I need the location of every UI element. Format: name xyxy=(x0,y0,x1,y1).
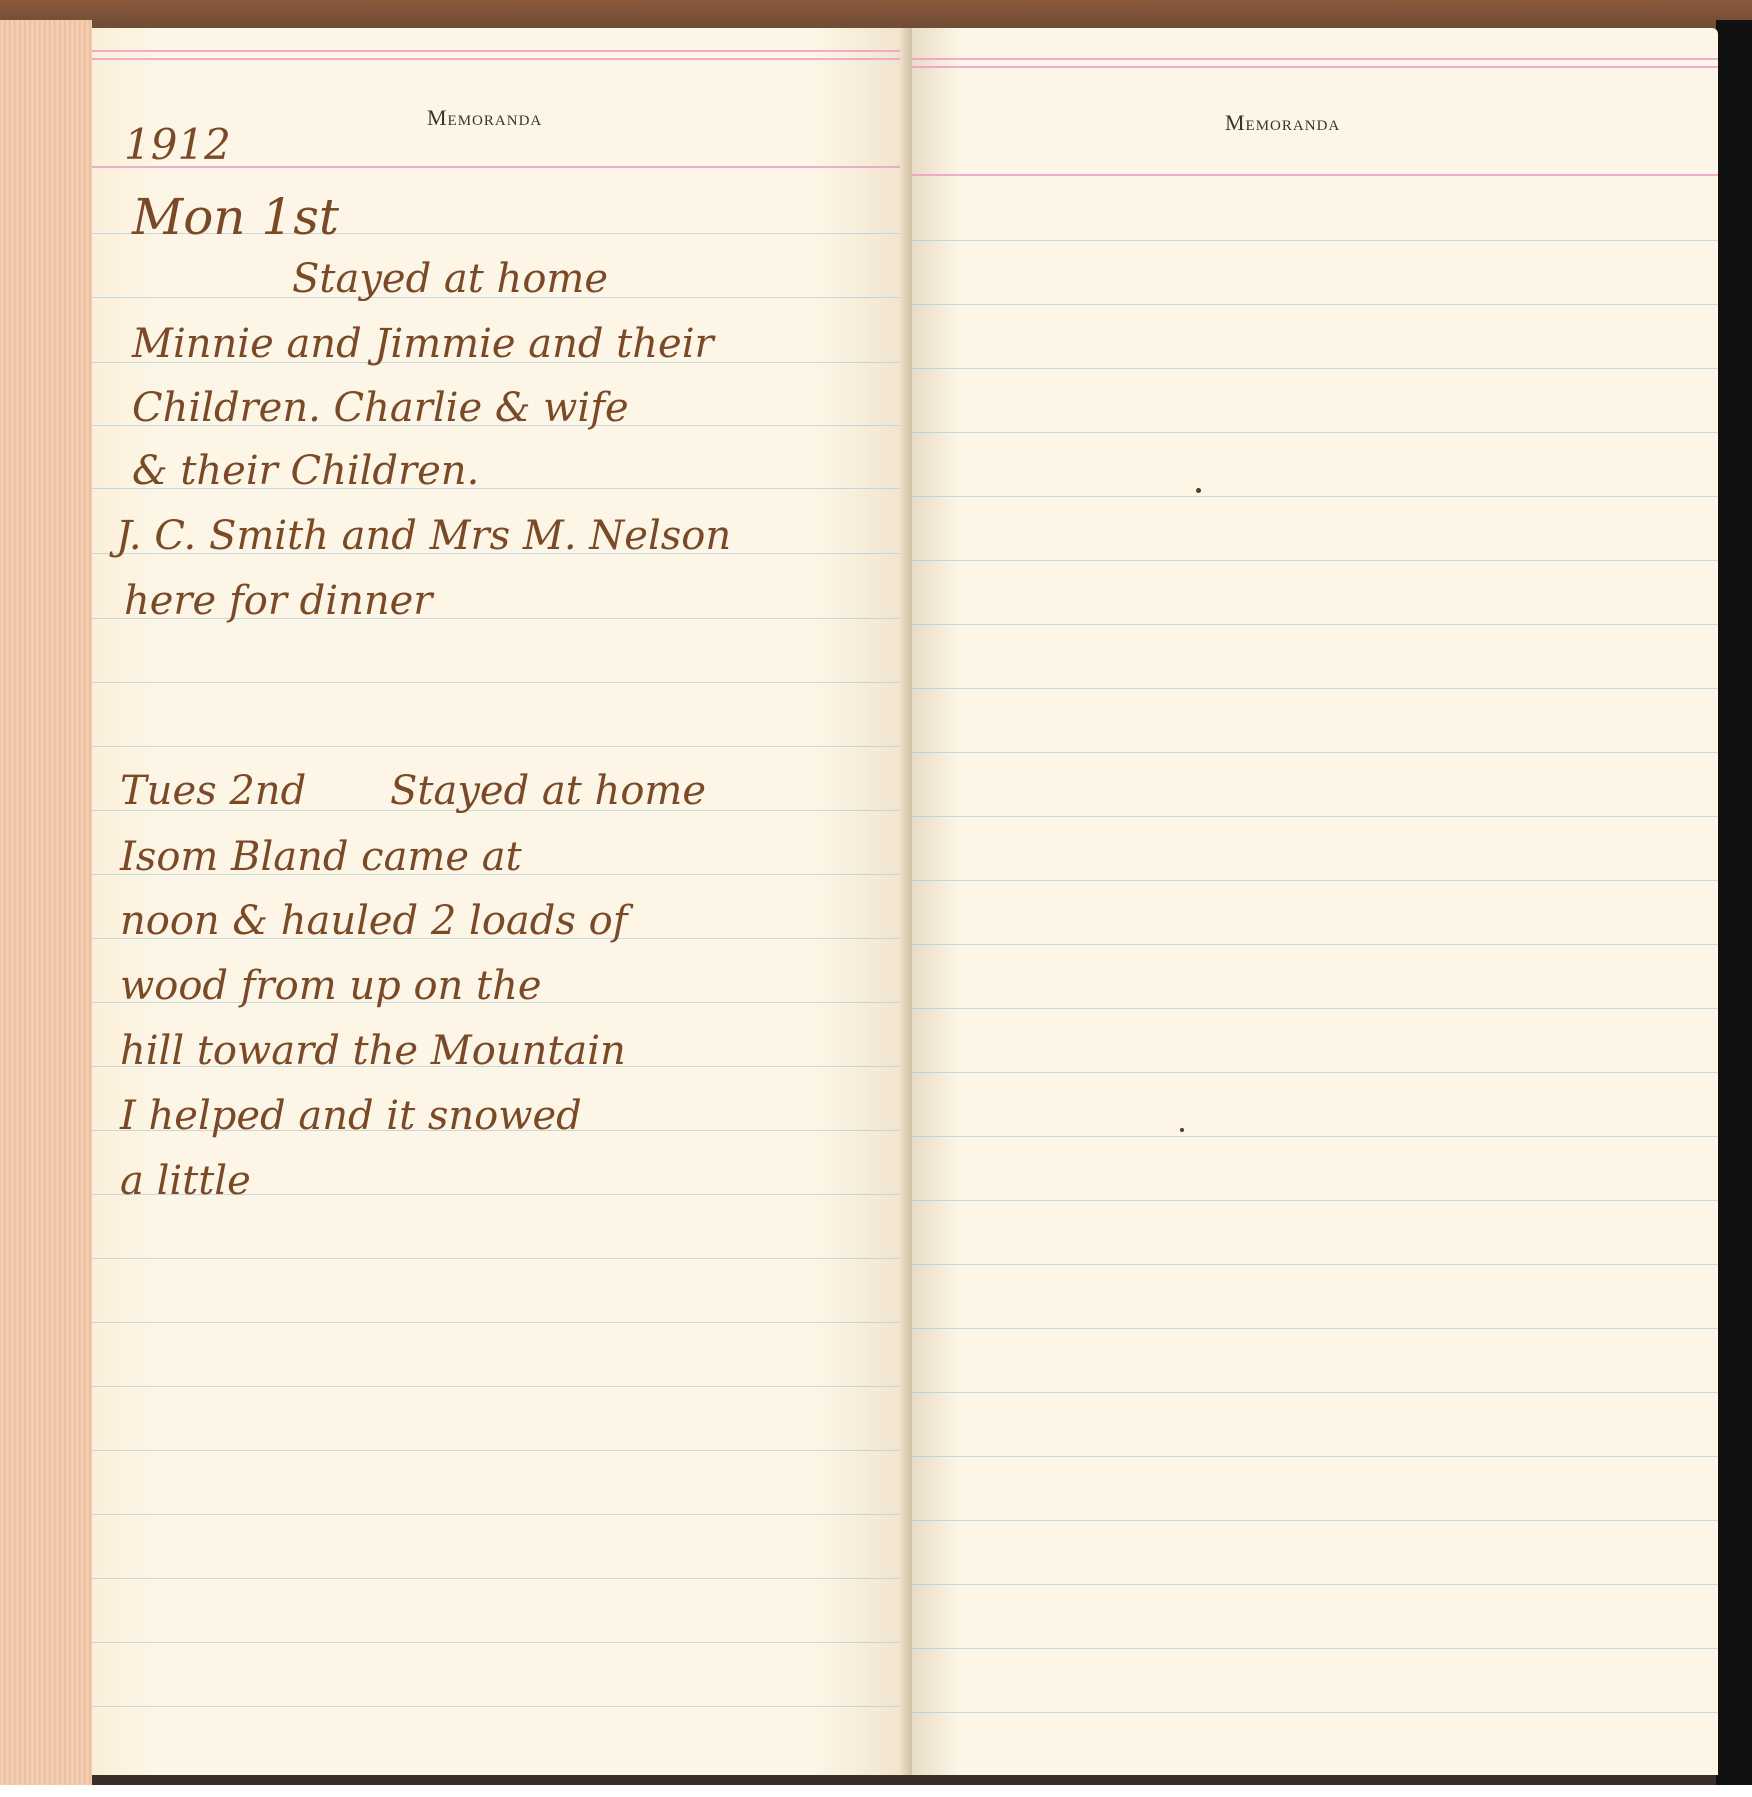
ruled-line xyxy=(92,682,912,683)
ruled-line xyxy=(912,688,1718,689)
ruled-line xyxy=(912,1136,1718,1137)
ink-spot xyxy=(1180,1128,1184,1132)
ruled-line xyxy=(92,1322,912,1323)
ruled-line xyxy=(912,1520,1718,1521)
ruled-line xyxy=(912,1264,1718,1265)
ruled-line xyxy=(912,944,1718,945)
ruled-line xyxy=(912,1584,1718,1585)
page-heading: Memoranda xyxy=(427,105,542,131)
left-page: Memoranda 1912 Mon 1st Stayed at home Mi… xyxy=(92,28,912,1775)
page-stack-edge xyxy=(0,20,92,1785)
ruled-line xyxy=(92,1642,912,1643)
page-heading: Memoranda xyxy=(1225,110,1340,136)
entry-line: wood from up on the xyxy=(120,963,542,1009)
entry-line: Stayed at home xyxy=(292,256,608,302)
entry-line: Children. Charlie & wife xyxy=(132,385,629,431)
ruled-line xyxy=(912,304,1718,305)
entry-line: Minnie and Jimmie and their xyxy=(132,321,714,367)
entry-line: Isom Bland came at xyxy=(120,834,522,880)
ruled-line xyxy=(912,1456,1718,1457)
ruled-line xyxy=(912,1072,1718,1073)
entry-date: Tues 2nd xyxy=(120,768,306,814)
ruled-line xyxy=(912,880,1718,881)
ruled-line xyxy=(912,1712,1718,1713)
entry-line: hill toward the Mountain xyxy=(120,1028,626,1074)
entry-line: noon & hauled 2 loads of xyxy=(120,898,628,944)
ruled-line xyxy=(92,1514,912,1515)
ruled-line xyxy=(92,1450,912,1451)
right-page: Memoranda xyxy=(912,28,1718,1775)
top-pink-rule xyxy=(92,58,912,60)
ruled-line xyxy=(912,1648,1718,1649)
entry-line: a little xyxy=(120,1158,251,1204)
ruled-line xyxy=(912,1392,1718,1393)
entry-line: Stayed at home xyxy=(390,768,706,814)
ruled-line xyxy=(912,624,1718,625)
entry-line: J. C. Smith and Mrs M. Nelson xyxy=(116,513,731,559)
entry-line: I helped and it snowed xyxy=(120,1093,582,1139)
top-pink-rule xyxy=(92,50,912,52)
ruled-line xyxy=(912,368,1718,369)
ruled-line xyxy=(912,240,1718,241)
ruled-line xyxy=(912,496,1718,497)
ruled-line xyxy=(912,816,1718,817)
ruled-line xyxy=(912,1008,1718,1009)
top-pink-rule xyxy=(912,66,1718,68)
header-pink-rule xyxy=(912,174,1718,176)
entry-line: here for dinner xyxy=(124,578,432,624)
ruled-line xyxy=(92,746,912,747)
year-label: 1912 xyxy=(124,120,231,169)
ruled-line xyxy=(92,1706,912,1707)
ruled-line xyxy=(92,1386,912,1387)
ruled-line xyxy=(912,1328,1718,1329)
entry-line: & their Children. xyxy=(132,448,479,494)
ruled-line xyxy=(912,752,1718,753)
ruled-line xyxy=(92,1578,912,1579)
ruled-line xyxy=(912,432,1718,433)
entry-date: Mon 1st xyxy=(132,188,339,246)
ruled-line xyxy=(912,560,1718,561)
ruled-line xyxy=(92,1258,912,1259)
top-pink-rule xyxy=(912,58,1718,60)
ruled-line xyxy=(912,1200,1718,1201)
book-cover-edge xyxy=(1716,20,1752,1785)
ink-spot xyxy=(1196,488,1201,493)
